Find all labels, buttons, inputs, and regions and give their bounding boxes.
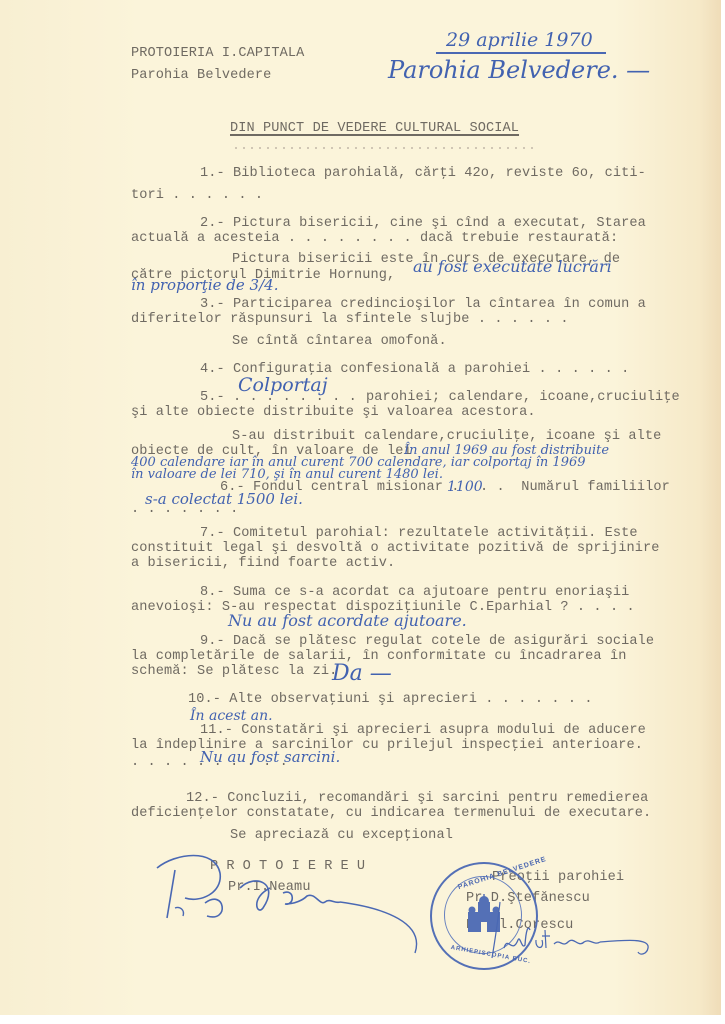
item-3-line-1: 3.- Participarea credincioşilor la cînta… [200,297,646,312]
left-handwritten-signature [145,848,435,963]
item-3-answer: Se cîntă cîntarea omofonă. [232,334,447,349]
section-title: DIN PUNCT DE VEDERE CULTURAL SOCIAL [230,121,519,136]
handwritten-parish: Parohia Belvedere. — [388,58,650,82]
parish-header: Parohia Belvedere [131,68,271,83]
item-2-handwritten-2: în proporţie de 3/4. [131,278,278,292]
item-1-line-1: 1.- Biblioteca parohială, cărţi 42o, rev… [200,166,646,181]
item-5-line-1-prefix: 5.- . . . . . . . . [200,390,357,405]
item-5-answer-1: S-au distribuit calendare,cruciuliţe, ic… [232,429,661,444]
item-5-line-1-suffix: parohiei; calendare, icoane,cruciuliţe [366,390,680,405]
right-handwritten-signature [490,900,660,965]
item-12-line-1: 12.- Concluzii, recomandări şi sarcini p… [186,791,648,806]
item-12-line-2: deficienţelor constatate, cu indicarea t… [131,806,651,821]
item-7-line-3: a bisericii, fiind foarte activ. [131,556,395,571]
item-11-handwritten-line: Nu au fost sarcini. [200,750,340,764]
item-11-line-1: 11.- Constatări şi aprecieri asupra modu… [200,723,646,738]
item-8-handwritten-line: Nu au fost acordate ajutoare. [228,614,467,628]
item-5-line-2: şi alte obiecte distribuite şi valoarea … [131,405,536,420]
handwritten-date: 29 aprilie 1970 [446,33,593,47]
item-10-handwritten-line: În acest an. [190,709,273,723]
item-12-answer: Se apreciază cu excepţional [230,828,453,843]
item-6-handwritten-amount: 1100 [447,480,483,494]
item-2-line-1: 2.- Pictura bisericii, cine şi cînd a ex… [200,216,646,231]
item-3-line-2: diferitelor răspunsuri la sfintele slujb… [131,312,569,327]
item-6-line-1-suffix: . . Numărul familiilor [480,480,670,495]
item-2-line-2: actuală a acesteia . . . . . . . . dacă … [131,231,618,246]
date-underline [436,52,606,54]
item-9-line-1: 9.- Dacă se plătesc regulat cotele de as… [200,634,654,649]
title-dotted-line [232,147,536,149]
document-page: PROTOIERIA I.CAPITALA Parohia Belvedere … [0,0,721,1015]
item-8-line-1: 8.- Suma ce s-a acordat ca ajutoare pent… [200,585,629,600]
item-2-handwritten-1: au fost executate lucrări [413,260,612,274]
item-1-line-2: tori . . . . . . [131,188,263,203]
item-9-line-3: schemă: Se plătesc la zi. [131,664,337,679]
institution-header: PROTOIERIA I.CAPITALA [131,46,304,61]
item-7-line-1: 7.- Comitetul parohial: rezultatele acti… [200,526,638,541]
item-7-line-2: constituit legal şi desvoltă o activitat… [131,541,659,556]
item-6-line-2: . . . . . . . [131,502,238,517]
item-9-handwritten-answer: Da — [332,664,392,684]
item-10-line-1: 10.- Alte observaţiuni şi aprecieri . . … [188,692,593,707]
